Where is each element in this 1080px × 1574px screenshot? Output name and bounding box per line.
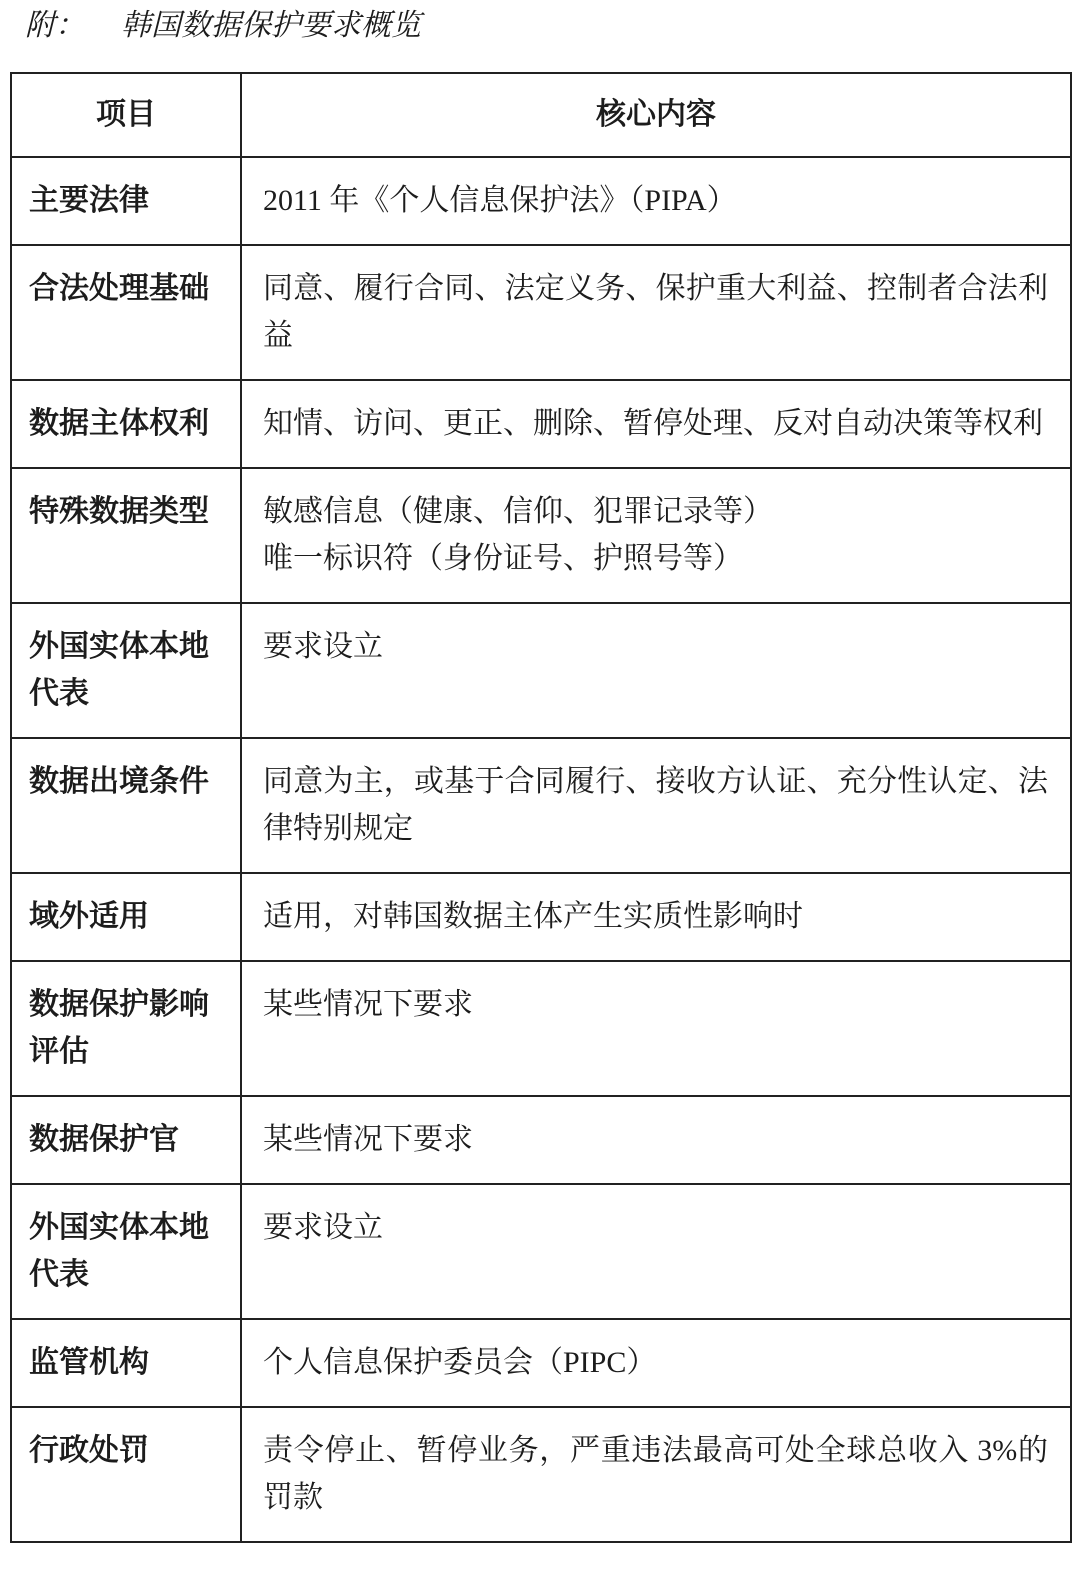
row-content-text: 责令停止、暂停业务，严重违法最高可处全球总收入 3%的罚款 [241,1407,1071,1542]
row-content-text: 某些情况下要求 [241,1096,1071,1184]
title-text: 韩国数据保护要求概览 [121,9,421,42]
document-page: 附：韩国数据保护要求概览 项目 核心内容 主要法律 2011 年《个人信息保护法… [0,0,1080,1574]
row-content-text: 个人信息保护委员会（PIPC） [241,1319,1071,1407]
row-content-text: 某些情况下要求 [241,961,1071,1096]
row-item-label: 监管机构 [11,1319,241,1407]
table-row-dpia: 数据保护影响评估 某些情况下要求 [11,961,1071,1096]
table-row-foreign-entity-local-rep-1: 外国实体本地代表 要求设立 [11,603,1071,738]
row-item-label: 域外适用 [11,873,241,961]
row-item-label: 外国实体本地代表 [11,603,241,738]
data-protection-overview-table: 项目 核心内容 主要法律 2011 年《个人信息保护法》（PIPA） 合法处理基… [10,72,1072,1543]
table-row-foreign-entity-local-rep-2: 外国实体本地代表 要求设立 [11,1184,1071,1319]
row-item-label: 数据保护官 [11,1096,241,1184]
row-item-label: 行政处罚 [11,1407,241,1542]
row-item-label: 主要法律 [11,157,241,245]
row-content-text: 同意、履行合同、法定义务、保护重大利益、控制者合法利益 [241,245,1071,380]
title-prefix: 附： [25,9,85,42]
table-row-main-law: 主要法律 2011 年《个人信息保护法》（PIPA） [11,157,1071,245]
row-content-text: 敏感信息（健康、信仰、犯罪记录等） 唯一标识符（身份证号、护照号等） [241,468,1071,603]
row-content-text: 要求设立 [241,1184,1071,1319]
row-content-text: 知情、访问、更正、删除、暂停处理、反对自动决策等权利 [241,380,1071,468]
row-item-label: 数据出境条件 [11,738,241,873]
row-item-label: 数据主体权利 [11,380,241,468]
table-header-row: 项目 核心内容 [11,73,1071,157]
row-item-label: 数据保护影响评估 [11,961,241,1096]
table-row-administrative-penalty: 行政处罚 责令停止、暂停业务，严重违法最高可处全球总收入 3%的罚款 [11,1407,1071,1542]
column-header-content: 核心内容 [241,73,1071,157]
table-row-cross-border-transfer: 数据出境条件 同意为主，或基于合同履行、接收方认证、充分性认定、法律特别规定 [11,738,1071,873]
row-item-label: 合法处理基础 [11,245,241,380]
table-row-lawful-basis: 合法处理基础 同意、履行合同、法定义务、保护重大利益、控制者合法利益 [11,245,1071,380]
row-content-text: 适用，对韩国数据主体产生实质性影响时 [241,873,1071,961]
row-content-text: 同意为主，或基于合同履行、接收方认证、充分性认定、法律特别规定 [241,738,1071,873]
column-header-item: 项目 [11,73,241,157]
row-item-label: 外国实体本地代表 [11,1184,241,1319]
table-row-data-subject-rights: 数据主体权利 知情、访问、更正、删除、暂停处理、反对自动决策等权利 [11,380,1071,468]
row-content-text: 2011 年《个人信息保护法》（PIPA） [241,157,1071,245]
row-item-label: 特殊数据类型 [11,468,241,603]
table-row-extraterritorial: 域外适用 适用，对韩国数据主体产生实质性影响时 [11,873,1071,961]
table-row-special-data-types: 特殊数据类型 敏感信息（健康、信仰、犯罪记录等） 唯一标识符（身份证号、护照号等… [11,468,1071,603]
table-row-regulator: 监管机构 个人信息保护委员会（PIPC） [11,1319,1071,1407]
table-row-dpo: 数据保护官 某些情况下要求 [11,1096,1071,1184]
document-title: 附：韩国数据保护要求概览 [25,8,421,44]
row-content-text: 要求设立 [241,603,1071,738]
